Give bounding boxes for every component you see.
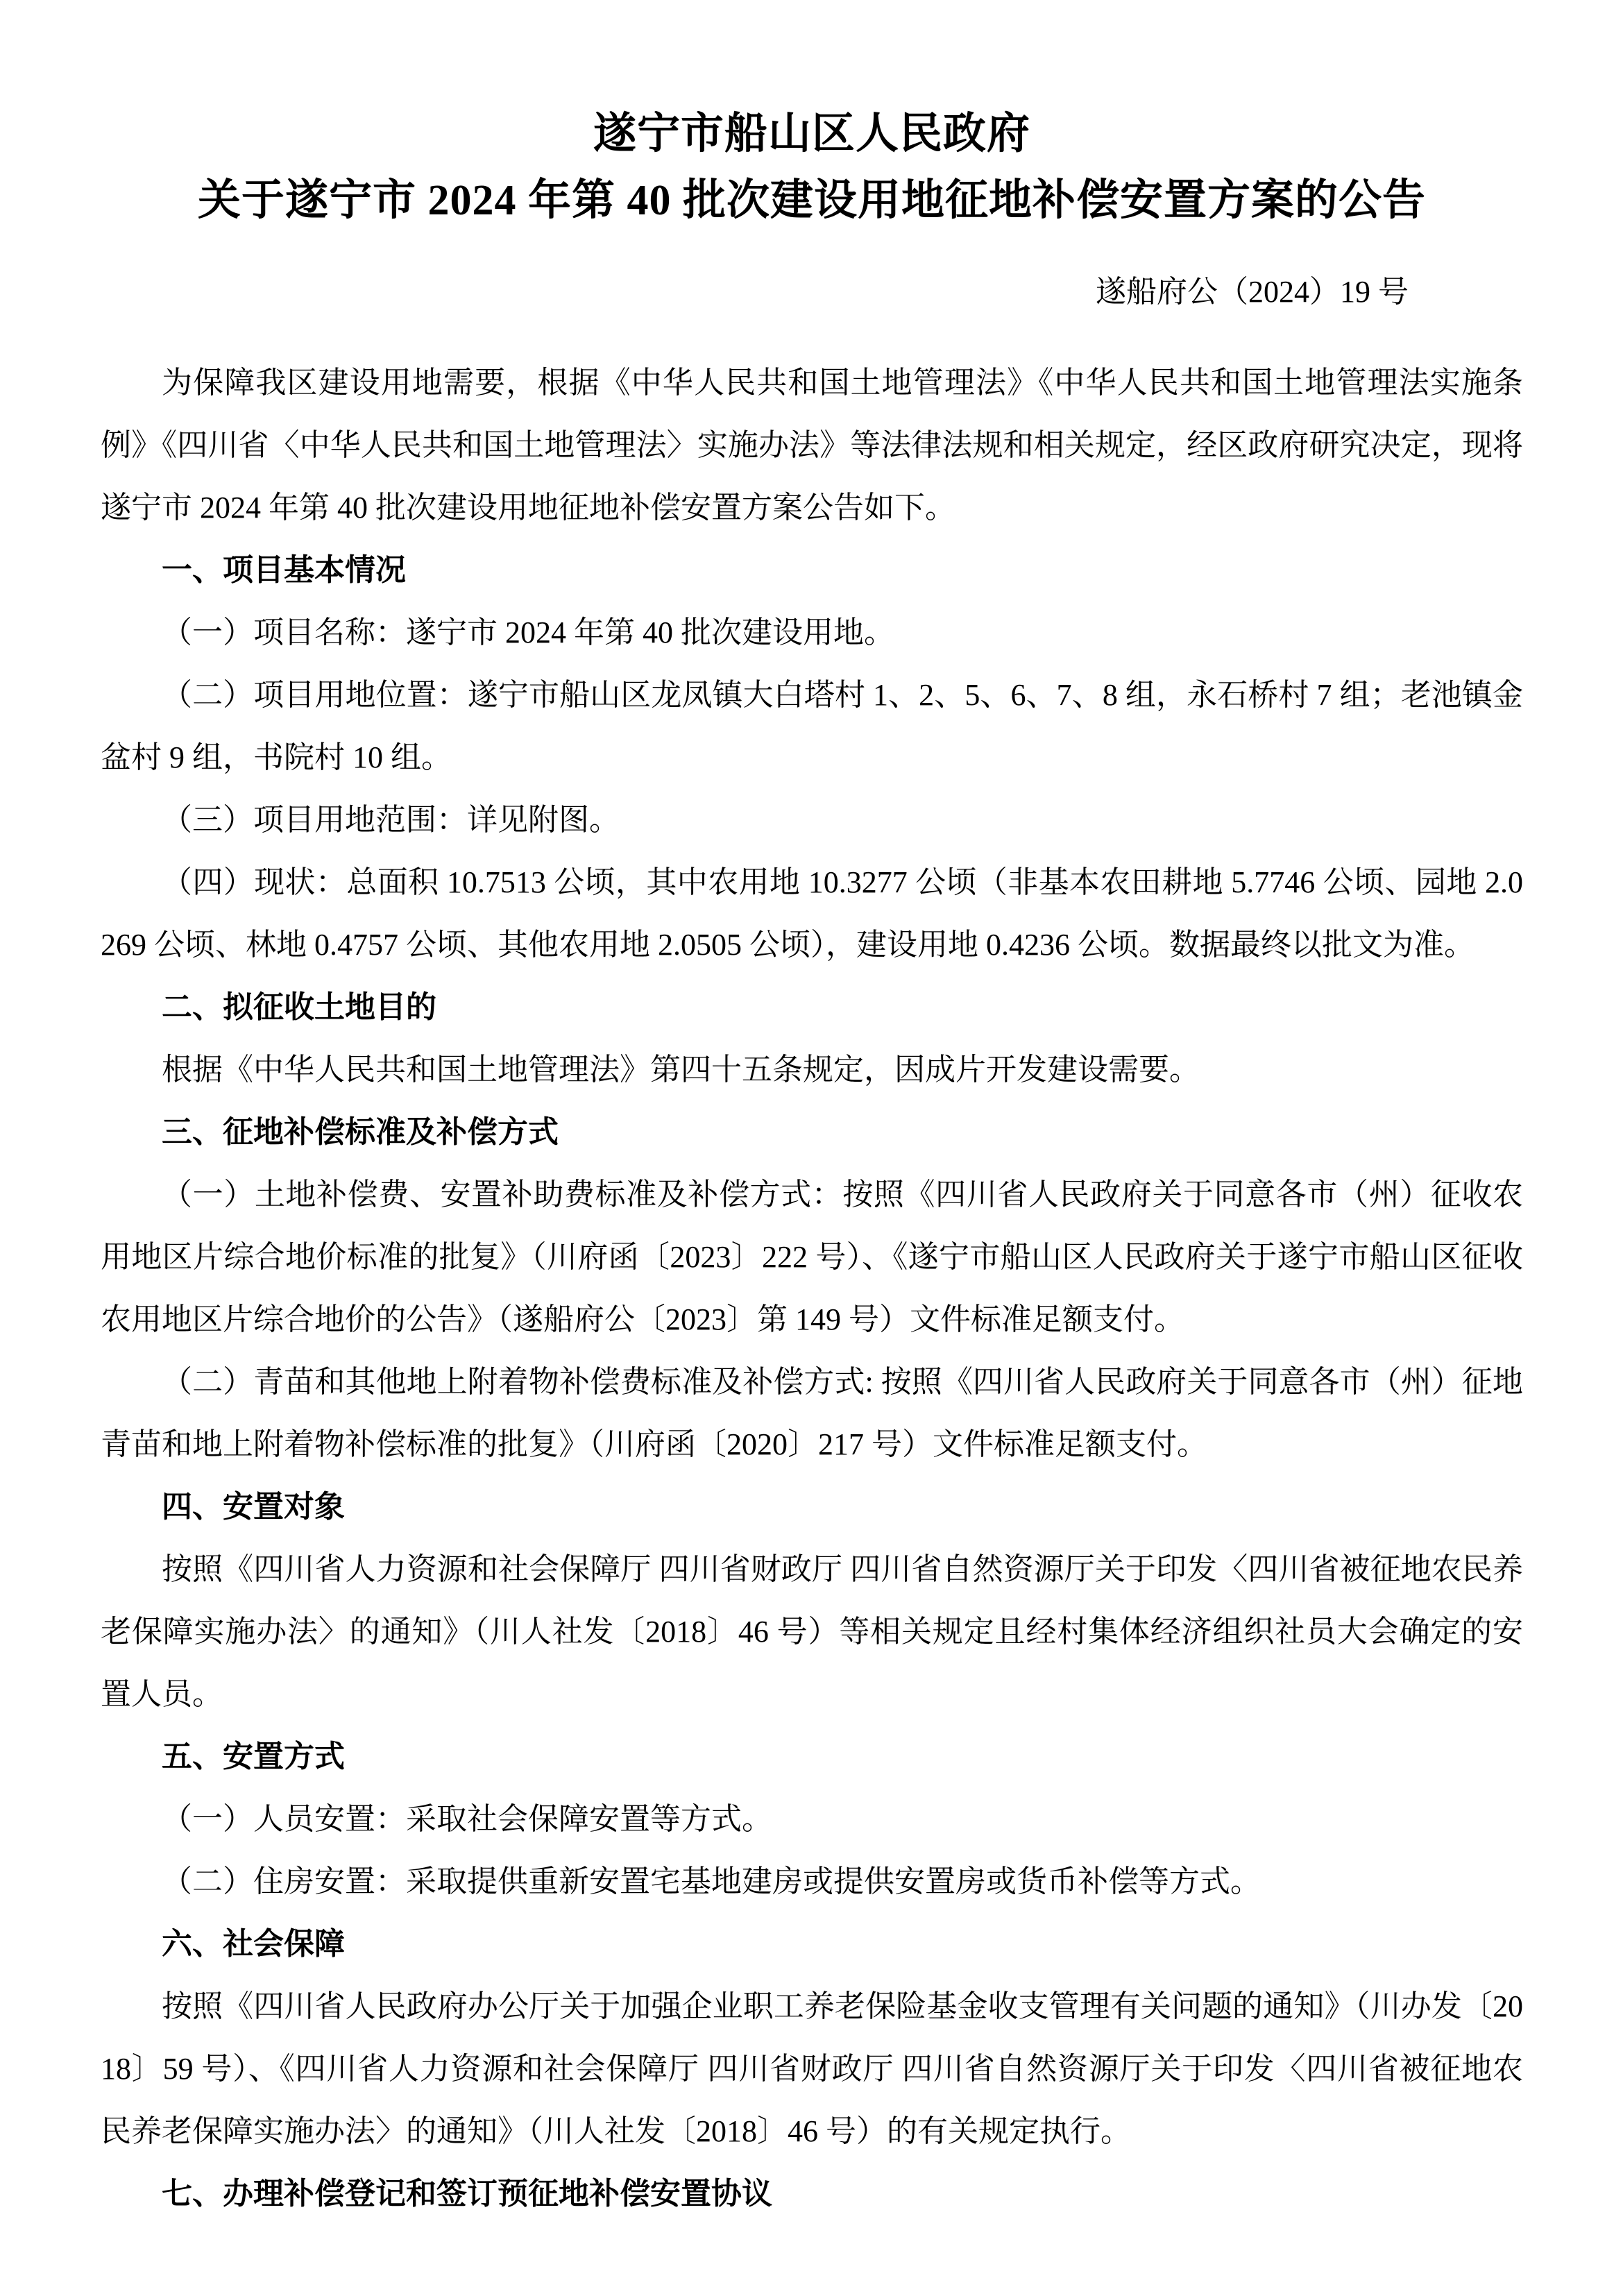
section-heading: 七、办理补偿登记和签订预征地补偿安置协议 (101, 2163, 1523, 2225)
section-heading: 四、安置对象 (101, 1476, 1523, 1538)
body-paragraph: 按照《四川省人民政府办公厅关于加强企业职工养老保险基金收支管理有关问题的通知》（… (101, 1975, 1523, 2163)
body-paragraph: （三）项目用地范围：详见附图。 (101, 789, 1523, 851)
document-body: 为保障我区建设用地需要，根据《中华人民共和国土地管理法》《中华人民共和国土地管理… (101, 352, 1523, 2225)
title-line-2: 关于遂宁市 2024 年第 40 批次建设用地征地补偿安置方案的公告 (101, 167, 1523, 234)
body-paragraph: （一）项目名称：遂宁市 2024 年第 40 批次建设用地。 (101, 602, 1523, 664)
body-paragraph: （二）住房安置：采取提供重新安置宅基地建房或提供安置房或货币补偿等方式。 (101, 1851, 1523, 1913)
body-paragraph: （一）人员安置：采取社会保障安置等方式。 (101, 1788, 1523, 1851)
document-page: 遂宁市船山区人民政府 关于遂宁市 2024 年第 40 批次建设用地征地补偿安置… (0, 0, 1623, 2296)
section-heading: 一、项目基本情况 (101, 539, 1523, 602)
section-heading: 三、征地补偿标准及补偿方式 (101, 1101, 1523, 1164)
document-title: 遂宁市船山区人民政府 关于遂宁市 2024 年第 40 批次建设用地征地补偿安置… (101, 101, 1523, 234)
body-paragraph: 根据《中华人民共和国土地管理法》第四十五条规定，因成片开发建设需要。 (101, 1039, 1523, 1101)
body-paragraph: （二）青苗和其他地上附着物补偿费标准及补偿方式: 按照《四川省人民政府关于同意各… (101, 1351, 1523, 1476)
section-heading: 六、社会保障 (101, 1913, 1523, 1975)
body-paragraph: 为保障我区建设用地需要，根据《中华人民共和国土地管理法》《中华人民共和国土地管理… (101, 352, 1523, 539)
title-line-1: 遂宁市船山区人民政府 (101, 101, 1523, 167)
body-paragraph: （一）土地补偿费、安置补助费标准及补偿方式：按照《四川省人民政府关于同意各市（州… (101, 1164, 1523, 1351)
body-paragraph: 按照《四川省人力资源和社会保障厅 四川省财政厅 四川省自然资源厅关于印发〈四川省… (101, 1538, 1523, 1726)
document-number: 遂船府公（2024）19 号 (101, 274, 1523, 310)
body-paragraph: （二）项目用地位置：遂宁市船山区龙凤镇大白塔村 1、2、5、6、7、8 组，永石… (101, 664, 1523, 789)
body-paragraph: （四）现状：总面积 10.7513 公顷，其中农用地 10.3277 公顷（非基… (101, 851, 1523, 976)
section-heading: 二、拟征收土地目的 (101, 976, 1523, 1039)
section-heading: 五、安置方式 (101, 1726, 1523, 1788)
